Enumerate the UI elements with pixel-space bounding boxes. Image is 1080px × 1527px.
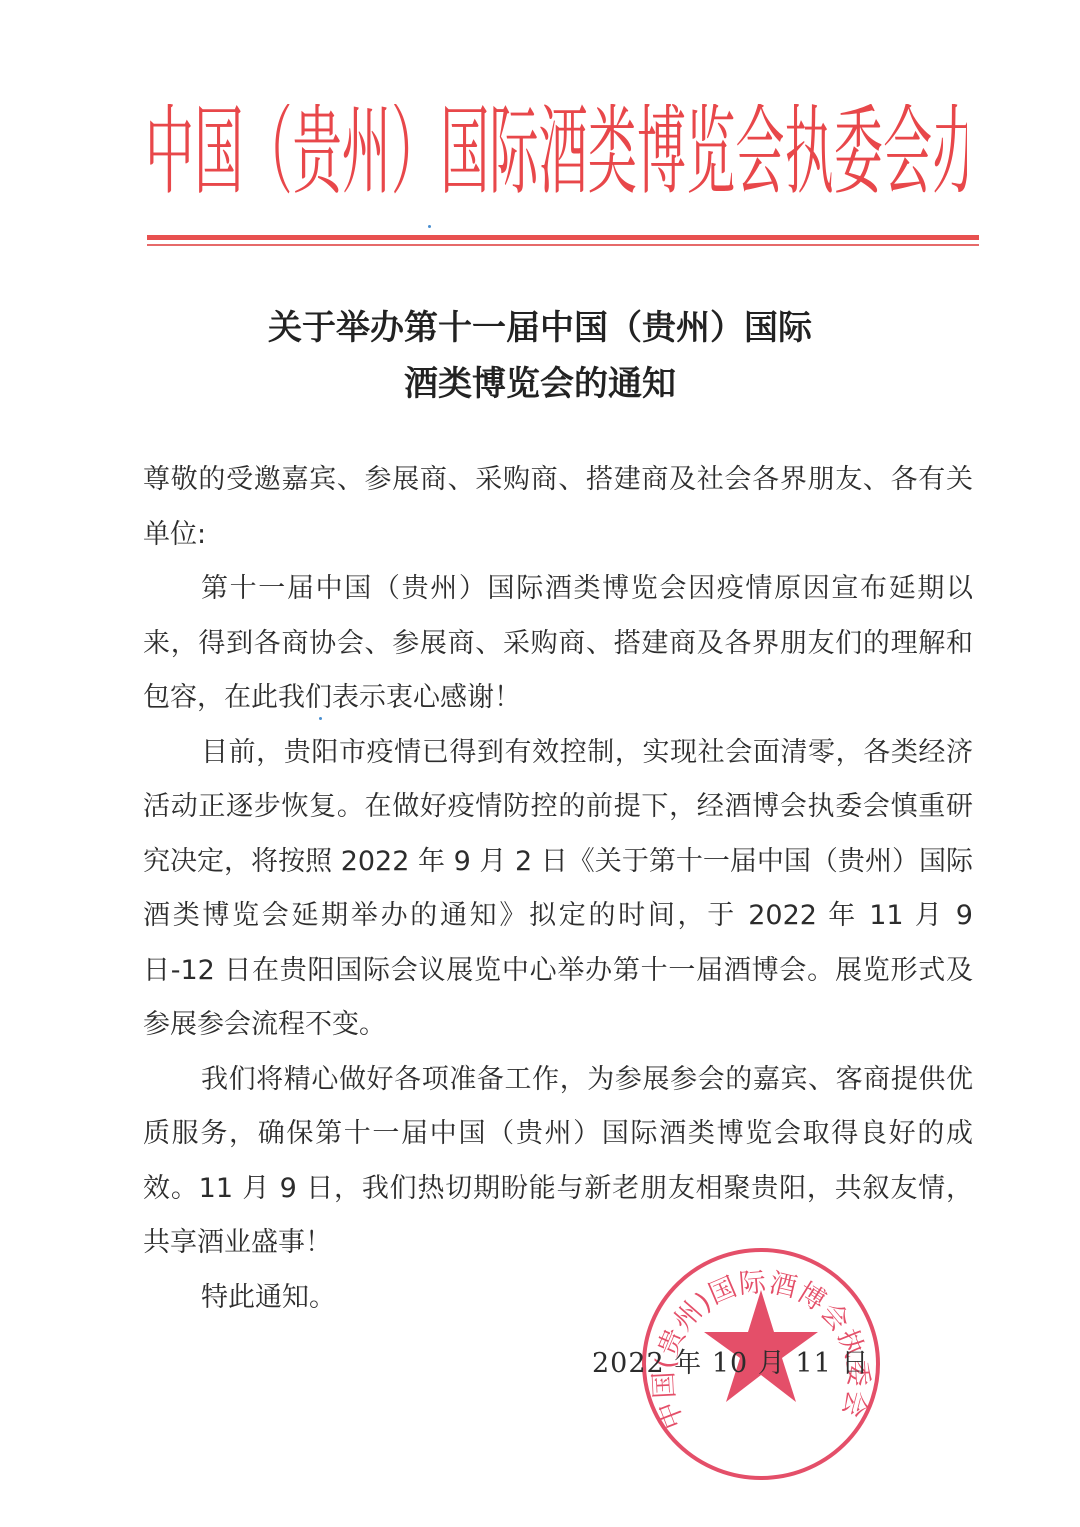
document-body: 尊敬的受邀嘉宾、参展商、采购商、搭建商及社会各界朋友、各有关单位: 第十一届中国…	[143, 453, 973, 1325]
letterhead-divider-thick	[147, 235, 979, 240]
letterhead-title: 中国（贵州）国际酒类博览会执委会办公室	[145, 104, 967, 201]
letterhead-divider-thin	[147, 244, 979, 246]
paragraph-1: 第十一届中国（贵州）国际酒类博览会因疫情原因宣布延期以来，得到各商协会、参展商、…	[143, 562, 973, 726]
letterhead: 中国（贵州）国际酒类博览会执委会办公室	[145, 104, 967, 208]
paragraph-2: 目前，贵阳市疫情已得到有效控制，实现社会面清零，各类经济活动正逐步恢复。在做好疫…	[143, 726, 973, 1053]
document-title-line-2: 酒类博览会的通知	[0, 356, 1080, 412]
scan-speck	[319, 717, 322, 720]
document-title-line-1: 关于举办第十一届中国（贵州）国际	[0, 300, 1080, 356]
document-title: 关于举办第十一届中国（贵州）国际 酒类博览会的通知	[0, 300, 1080, 412]
paragraph-3: 我们将精心做好各项准备工作，为参展参会的嘉宾、客商提供优质服务，确保第十一届中国…	[143, 1053, 973, 1271]
issue-date: 2022 年 10 月 11 日	[592, 1346, 869, 1382]
salutation: 尊敬的受邀嘉宾、参展商、采购商、搭建商及社会各界朋友、各有关单位:	[143, 453, 973, 562]
scan-speck	[428, 225, 431, 228]
